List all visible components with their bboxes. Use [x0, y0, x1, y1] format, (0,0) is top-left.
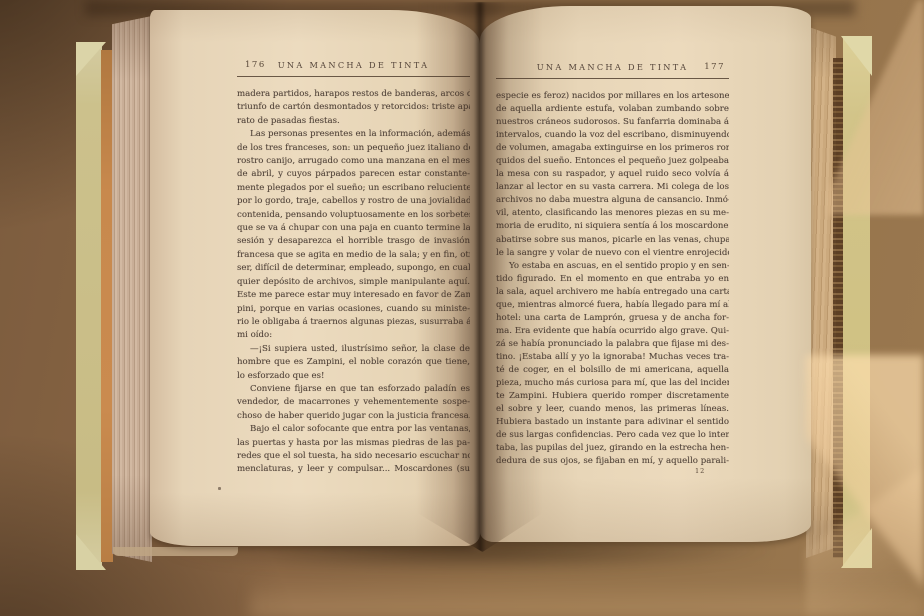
text-line: contenida, pensando voluptuosamente en l…: [237, 209, 470, 222]
text-line: mente plegados por el sueño; un escriban…: [237, 182, 470, 195]
text-line: pieza, mucho más curiosa para mí, que la…: [496, 377, 729, 390]
text-line: quidos del sueño. Entonces el pequeño ju…: [496, 155, 729, 168]
book: 176 UNA MANCHA DE TINTA madera partidos,…: [0, 0, 924, 616]
text-line: la mesa con su raspador, y aquel ruido s…: [496, 168, 729, 181]
text-line: Este me parece estar muy interesado en f…: [237, 289, 470, 302]
text-line: de los tres franceses, son: un pequeño j…: [237, 142, 470, 155]
text-line: Las personas presentes en la información…: [237, 128, 470, 141]
photo-scene: 176 UNA MANCHA DE TINTA madera partidos,…: [0, 0, 924, 616]
text-line: vendedor, de macarrones y vehementemente…: [237, 396, 470, 409]
text-line: tino. ¡Estaba allí y yo la ignoraba! Muc…: [496, 351, 729, 364]
text-line: de aquella ardiente estufa, volaban zumb…: [496, 103, 729, 116]
text-line: Yo estaba en ascuas, en el sentido propi…: [496, 260, 729, 273]
text-line: ma. Era evidente que había ocurrido algo…: [496, 325, 729, 338]
left-header-rule: [237, 76, 470, 77]
text-line: que se va á chupar con una paja en cuant…: [237, 222, 470, 235]
text-line: le la sangre y volar de nuevo con el vie…: [496, 247, 729, 260]
text-line: te Zampini. Hubiera querido romper discr…: [496, 390, 729, 403]
text-line: hotel: una carta de Lamprón, gruesa y de…: [496, 312, 729, 325]
text-line: Bajo el calor sofocante que entra por la…: [237, 423, 470, 436]
text-line: ser, difícil de determinar, empleado, su…: [237, 262, 470, 275]
left-page: 176 UNA MANCHA DE TINTA madera partidos,…: [150, 10, 480, 546]
text-line: —¡Si supiera usted, ilustrísimo señor, l…: [237, 343, 470, 356]
text-line: rostro canijo, arrugado como una manzana…: [237, 155, 470, 168]
right-page-number: 177: [704, 62, 725, 72]
text-line: sesión y desaparezca el horrible trasgo …: [237, 235, 470, 248]
text-line: especie es feroz) nacidos por millares e…: [496, 90, 729, 103]
text-line: tido figurado. En el momento en que entr…: [496, 273, 729, 286]
text-line: intervalos, cuando la voz del escribano,…: [496, 129, 729, 142]
text-line: lo esforzado que es!: [237, 370, 470, 383]
text-line: de sus largas confidencias. Pero cada ve…: [496, 429, 729, 442]
text-line: pini, porque en varias ocasiones, cuando…: [237, 303, 470, 316]
bottom-sheet-edge: [113, 547, 238, 556]
text-line: zá se había pronunciado la palabra que f…: [496, 338, 729, 351]
right-page-text: especie es feroz) nacidos por millares e…: [496, 90, 729, 468]
signature-mark: 12: [695, 467, 705, 475]
right-running-title: UNA MANCHA DE TINTA: [496, 62, 729, 72]
left-page-header: 176 UNA MANCHA DE TINTA: [237, 60, 470, 70]
text-line: Conviene fijarse en que tan esforzado pa…: [237, 383, 470, 396]
text-line: té de coger, en el bolsillo de mi americ…: [496, 364, 729, 377]
text-line: vil, atento, clasificando las menores pi…: [496, 207, 729, 220]
text-line: mi oído:: [237, 329, 470, 342]
text-line: la sala, aquel archivero me había entreg…: [496, 286, 729, 299]
text-line: choso de haber querido jugar con la just…: [237, 410, 470, 423]
text-line: Hubiera bastado un instante para adivina…: [496, 416, 729, 429]
text-line: quier depósito de archivos, simple manip…: [237, 276, 470, 289]
text-line: de volumen, amagaba extinguirse en los p…: [496, 142, 729, 155]
text-line: taba, las pupilas del juez, girando en l…: [496, 442, 729, 455]
right-page-header: UNA MANCHA DE TINTA 177: [496, 62, 729, 72]
text-line: madera partidos, harapos restos de bande…: [237, 88, 470, 101]
text-line: hombre que es Zampini, el noble corazón …: [237, 356, 470, 369]
text-line: francesa que se agita en medio de la sal…: [237, 249, 470, 262]
dust-speck: [218, 487, 221, 490]
text-line: de abril, y cuyos párpados parecen estar…: [237, 168, 470, 181]
text-line: las puertas y hasta por las mismas piedr…: [237, 437, 470, 450]
text-line: lanzar al lector en su vasta carrera. Mi…: [496, 181, 729, 194]
text-line: rato de pasadas fiestas.: [237, 115, 470, 128]
endpaper-edge: [101, 50, 113, 562]
right-page: UNA MANCHA DE TINTA 177 especie es feroz…: [480, 6, 811, 542]
text-line: redes que el sol tuesta, ha sido necesar…: [237, 450, 470, 463]
text-line: abatirse sobre sus manos, picarle en las…: [496, 234, 729, 247]
text-line: triunfo de cartón desmontados y retorcid…: [237, 101, 470, 114]
text-line: moria de erudito, ni siquiera sentía á l…: [496, 220, 729, 233]
text-line: por lo gordo, traje, cabellos y rostro d…: [237, 195, 470, 208]
text-line: que, mientras almorcé fuera, había llega…: [496, 299, 729, 312]
text-line: rio le obligaba á traernos algunas pieza…: [237, 316, 470, 329]
text-line: nuestros cráneos sudorosos. Su fanfarria…: [496, 116, 729, 129]
spine-ornament-strip: [833, 58, 843, 558]
left-cover-edge: [76, 42, 102, 570]
text-line: menclaturas, y leer y compulsar... Mosca…: [237, 463, 470, 476]
left-page-block-fore-edge: [112, 16, 152, 562]
right-header-rule: [496, 78, 729, 79]
text-line: archivos no daba muestra alguna de cansa…: [496, 194, 729, 207]
text-line: el sobre y leer, cuando menos, las prime…: [496, 403, 729, 416]
left-page-text: madera partidos, harapos restos de bande…: [237, 88, 470, 477]
right-cover-edge: [843, 36, 870, 568]
left-running-title: UNA MANCHA DE TINTA: [237, 60, 470, 70]
